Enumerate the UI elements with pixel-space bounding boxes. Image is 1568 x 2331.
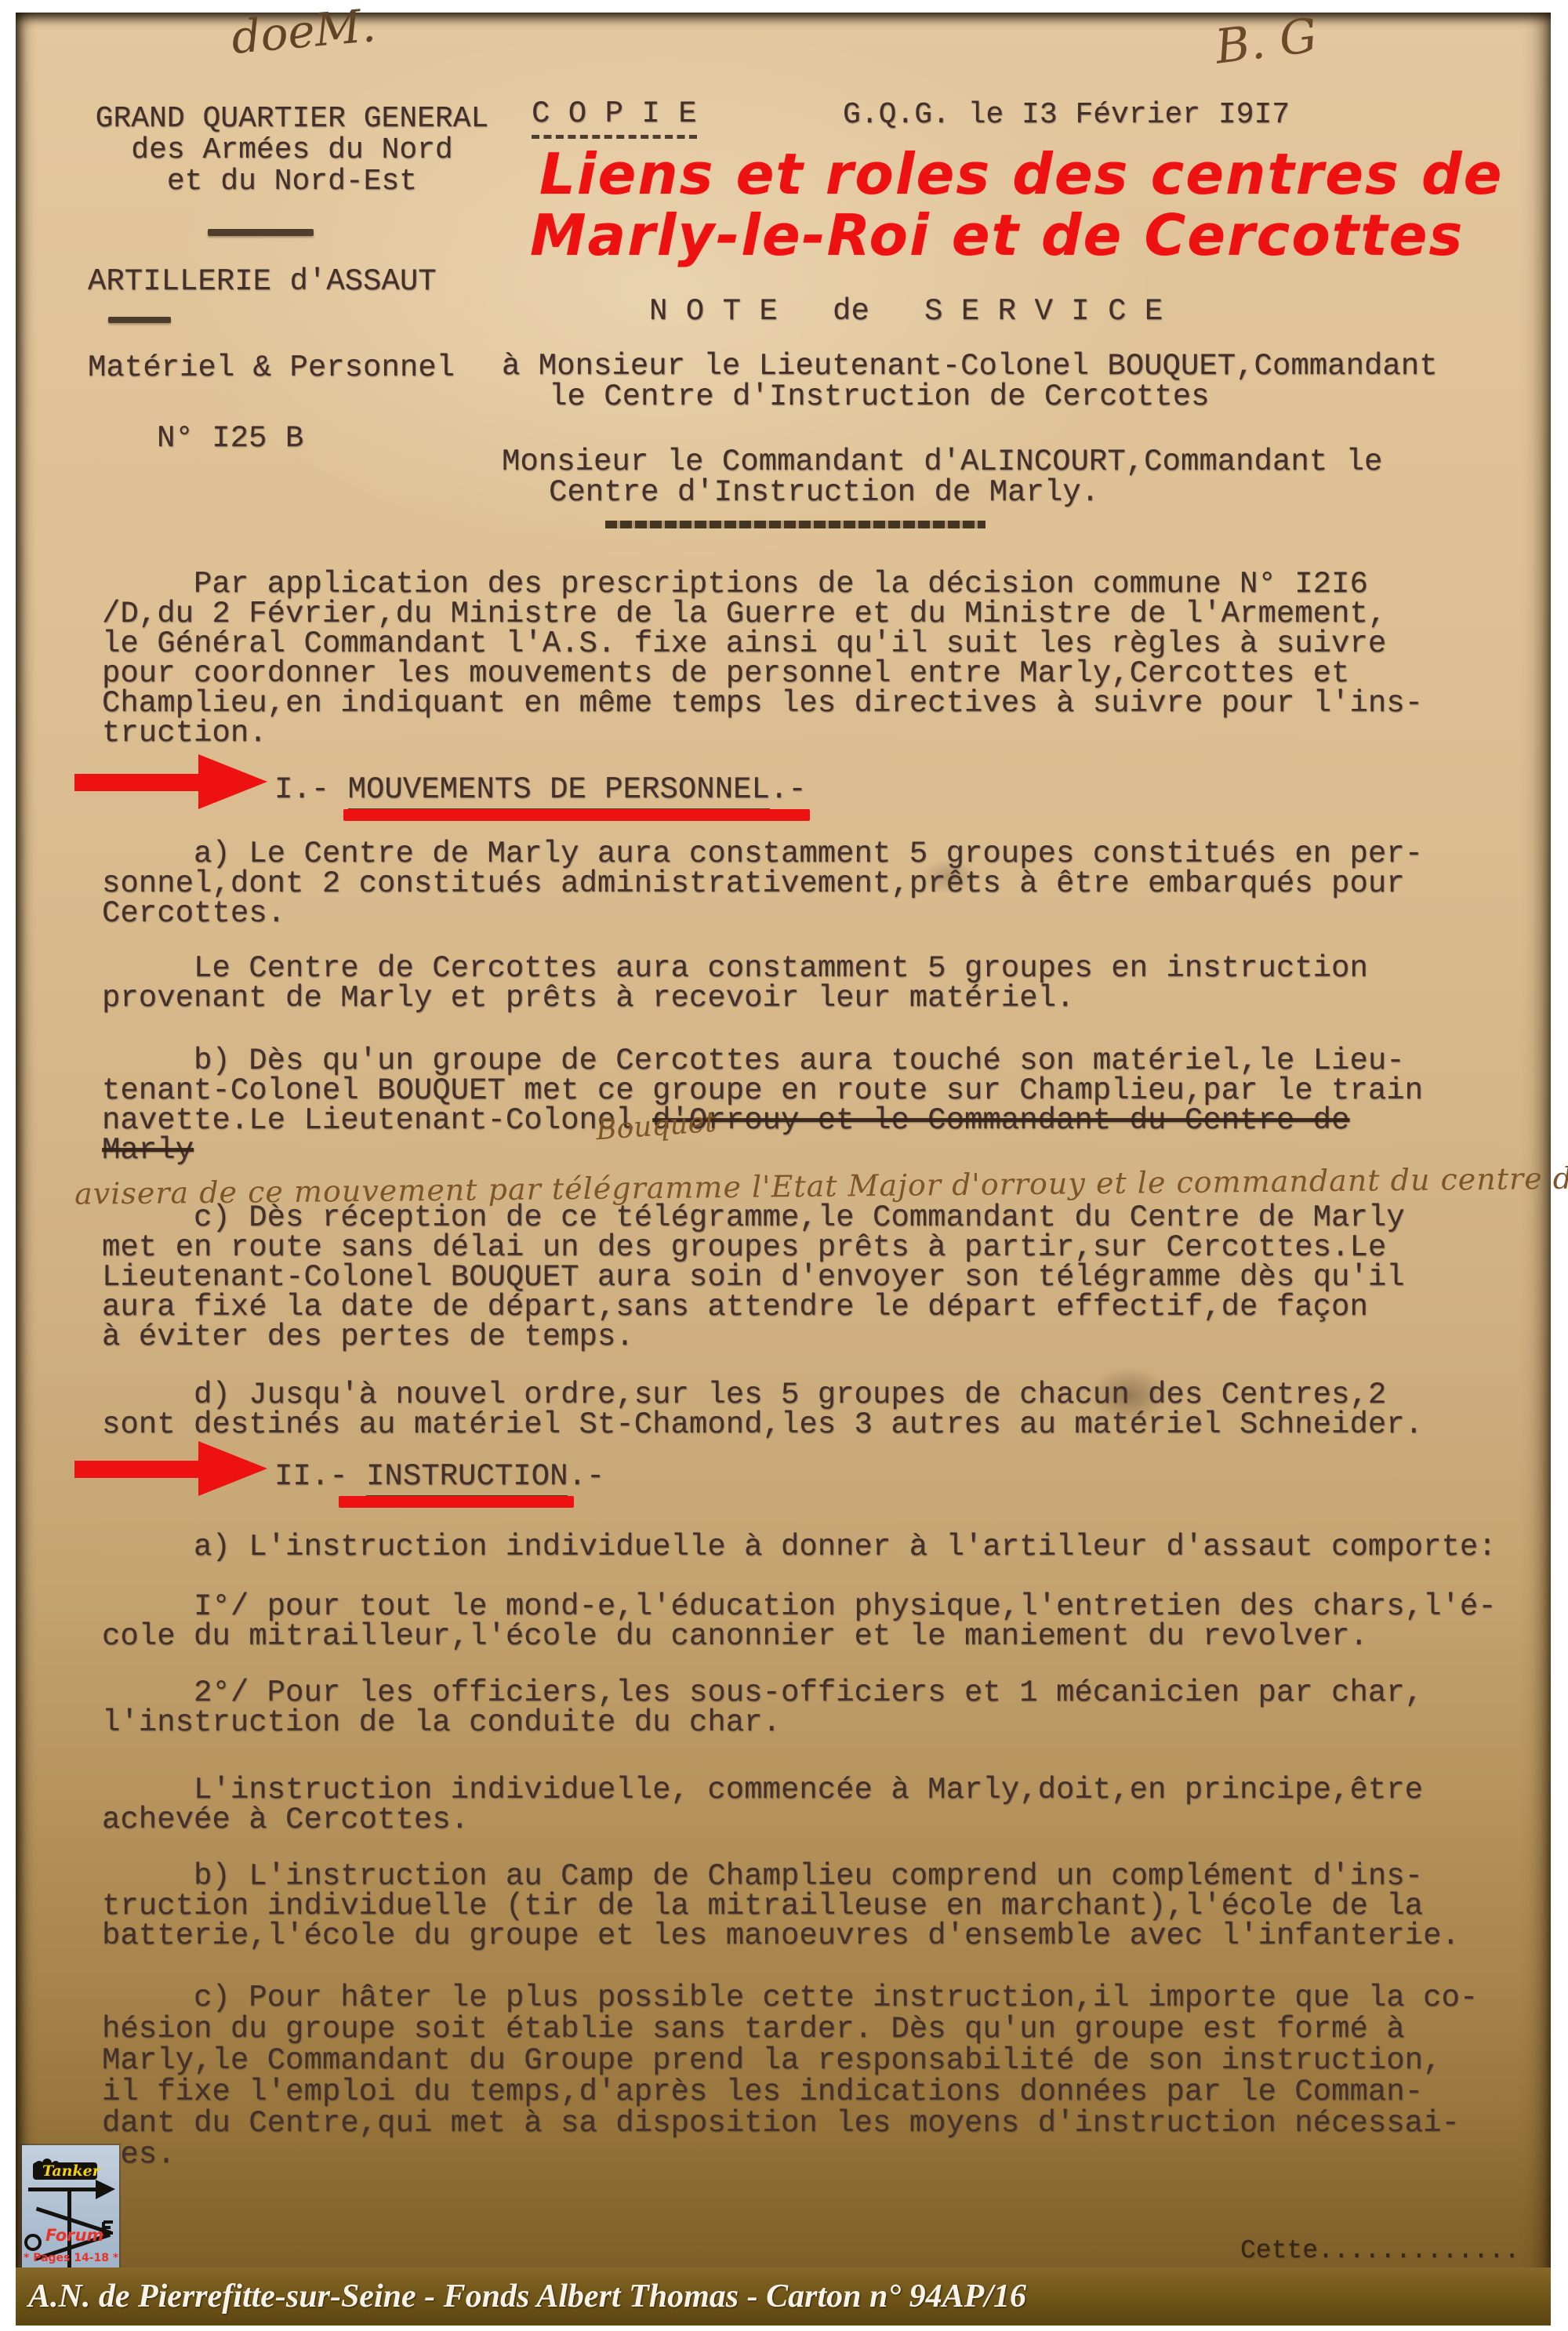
tank-weathervane-icon: Tanker Forum * Pages 14-18 * [22, 2145, 119, 2280]
struck-text: d'Orrouy et le Commandant du Centre de [652, 1103, 1349, 1138]
text-line: Lieutenant-Colonel BOUQUET aura soin d'e… [102, 1262, 1405, 1292]
tanker-forum-watermark: Tanker Forum * Pages 14-18 * [22, 2145, 119, 2280]
text-line: Champlieu,en indiquant en même temps les… [102, 688, 1423, 718]
archive-credit-text: A.N. de Pierrefitte-sur-Seine - Fonds Al… [16, 2278, 1026, 2315]
section-2-heading: II.- INSTRUCTION.- [274, 1461, 604, 1491]
red-underline-annotation [343, 809, 810, 821]
addressee-1-line2: le Centre d'Instruction de Cercottes [549, 382, 1210, 412]
text-line: d) Jusqu'à nouvel ordre,sur les 5 groupe… [102, 1380, 1423, 1410]
paragraph-2a: a) L'instruction individuelle à donner à… [102, 1532, 1497, 1562]
text-line: Le Centre de Cercottes aura constamment … [102, 953, 1368, 983]
paragraph-2-item2: 2°/ Pour les officiers,les sous-officier… [102, 1678, 1423, 1737]
archive-credit-band: A.N. de Pierrefitte-sur-Seine - Fonds Al… [16, 2267, 1551, 2326]
scanned-document-page: doeM. B. G GRAND QUARTIER GENERAL des Ar… [0, 0, 1568, 2331]
text-line: truction individuelle (tir de la mitrail… [102, 1891, 1460, 1921]
text-line: 2°/ Pour les officiers,les sous-officier… [102, 1678, 1423, 1708]
paragraph-1d: d) Jusqu'à nouvel ordre,sur les 5 groupe… [102, 1380, 1423, 1440]
text-line: truction. [102, 718, 1423, 748]
red-overlay-title-line2: Marly-le-Roi et de Cercottes [530, 202, 1464, 268]
arrow-shaft [74, 1461, 201, 1478]
text-line-with-strikethrough: navette.Le Lieutenant-Colonel d'Orrouy e… [102, 1106, 1423, 1135]
text-line: tenant-Colonel BOUQUET met ce groupe en … [102, 1076, 1423, 1106]
text-line: sont destinés au matériel St-Chamond,les… [102, 1410, 1423, 1440]
text-line: c) Dès réception de ce télégramme,le Com… [102, 1203, 1405, 1233]
paragraph-1b: b) Dès qu'un groupe de Cercottes aura to… [102, 1046, 1423, 1165]
text-line: L'instruction individuelle, commencée à … [102, 1775, 1423, 1805]
letterhead-branch: ARTILLERIE d'ASSAUT [88, 267, 437, 296]
letterhead-divider [208, 229, 314, 236]
text-line: achevée à Cercottes. [102, 1805, 1423, 1835]
text-line: a) Le Centre de Marly aura constamment 5… [102, 839, 1423, 869]
intro-paragraph: Par application des prescriptions de la … [102, 569, 1423, 748]
text-line: c) Pour hâter le plus possible cette ins… [102, 1982, 1478, 2013]
addressee-2-line2: Centre d'Instruction de Marly. [549, 477, 1099, 507]
addressee-1-line1: à Monsieur le Lieutenant-Colonel BOUQUET… [502, 351, 1438, 381]
section-1-heading: I.- MOUVEMENTS DE PERSONNEL.- [274, 775, 807, 804]
paragraph-2c: c) Pour hâter le plus possible cette ins… [102, 1982, 1478, 2170]
org-line: GRAND QUARTIER GENERAL [78, 103, 506, 135]
text-line: hésion du groupe soit établie sans tarde… [102, 2013, 1478, 2045]
addressee-2-line1: Monsieur le Commandant d'ALINCOURT,Comma… [502, 447, 1382, 477]
cette-fragment: Cette............. [1240, 2236, 1519, 2266]
logo-forum-text: Forum [45, 2226, 103, 2245]
text-line: dant du Centre,qui met à sa disposition … [102, 2108, 1478, 2139]
org-line: des Armées du Nord [78, 135, 506, 166]
letterhead-ref-number: N° I25 B [157, 423, 303, 453]
arrow-shaft [74, 774, 201, 791]
red-underline-annotation [339, 1496, 574, 1508]
text-line: b) Dès qu'un groupe de Cercottes aura to… [102, 1046, 1423, 1076]
red-overlay-title-line1: Liens et roles des centres de [539, 141, 1503, 207]
paragraph-2-item1: I°/ pour tout le mond-e,l'éducation phys… [102, 1592, 1497, 1651]
text-line: pour coordonner les mouvements de person… [102, 659, 1423, 688]
text-line: a) L'instruction individuelle à donner à… [102, 1532, 1497, 1562]
paragraph-1c: c) Dès réception de ce télégramme,le Com… [102, 1203, 1405, 1352]
logo-title-text: Tanker [42, 2162, 102, 2180]
text-line: I°/ pour tout le mond-e,l'éducation phys… [102, 1592, 1497, 1621]
note-title: N O T E de S E R V I C E [649, 296, 1163, 326]
text-line: res. [102, 2139, 1478, 2170]
arrow-head [198, 1441, 267, 1496]
text-line: Cercottes. [102, 899, 1423, 928]
section-divider-rule [605, 521, 985, 528]
text-line: provenant de Marly et prêts à recevoir l… [102, 983, 1368, 1013]
paragraph-1a: a) Le Centre de Marly aura constamment 5… [102, 839, 1423, 928]
text-line: aura fixé la date de départ,sans attendr… [102, 1292, 1405, 1322]
paragraph-cercottes: Le Centre de Cercottes aura constamment … [102, 953, 1368, 1013]
arrow-head [198, 754, 267, 809]
paragraph-2-individual: L'instruction individuelle, commencée à … [102, 1775, 1423, 1835]
letterhead-organization: GRAND QUARTIER GENERAL des Armées du Nor… [78, 103, 506, 198]
text-line: b) L'instruction au Camp de Champlieu co… [102, 1861, 1460, 1891]
logo-pages-text: * Pages 14-18 * [24, 2252, 119, 2264]
text-line: met en route sans délai un des groupes p… [102, 1233, 1405, 1262]
red-arrow-annotation [74, 753, 267, 811]
text-line: il fixe l'emploi du temps,d'après les in… [102, 2076, 1478, 2108]
branch-divider [108, 317, 171, 323]
letterhead-subject: Matériel & Personnel [88, 353, 455, 383]
text-line: sonnel,dont 2 constitués administrativem… [102, 869, 1423, 899]
org-line: et du Nord-Est [78, 166, 506, 198]
text-line: le Général Commandant l'A.S. fixe ainsi … [102, 629, 1423, 659]
text-line: Marly,le Commandant du Groupe prend la r… [102, 2045, 1478, 2076]
text-line: Par application des prescriptions de la … [102, 569, 1423, 599]
place-date-line: G.Q.G. le I3 Février I9I7 [843, 100, 1290, 130]
text-line: l'instruction de la conduite du char. [102, 1708, 1423, 1737]
copy-label: C O P I E [532, 99, 697, 129]
paragraph-2b: b) L'instruction au Camp de Champlieu co… [102, 1861, 1460, 1951]
text-line: /D,du 2 Février,du Ministre de la Guerre… [102, 599, 1423, 629]
red-arrow-annotation [74, 1440, 267, 1498]
text-line: à éviter des pertes de temps. [102, 1322, 1405, 1352]
text-line: batterie,l'école du groupe et les manoeu… [102, 1921, 1460, 1951]
struck-text: Marly [102, 1135, 1423, 1165]
text-line: cole du mitrailleur,l'école du canonnier… [102, 1621, 1497, 1651]
